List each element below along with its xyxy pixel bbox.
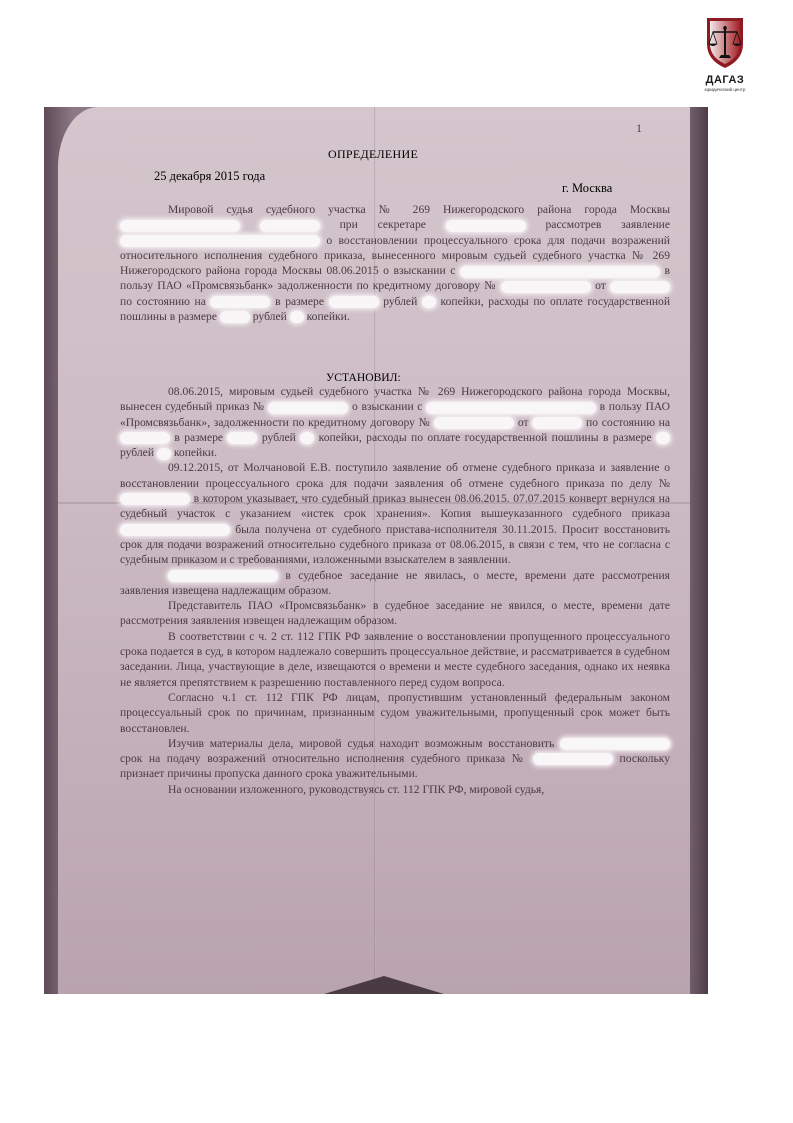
redacted-amount bbox=[220, 311, 250, 323]
redacted-amount bbox=[300, 432, 314, 444]
paper-sheet: 1 ОПРЕДЕЛЕНИЕ 25 декабря 2015 года г. Мо… bbox=[58, 107, 690, 994]
article-112-part-1-paragraph: Согласно ч.1 ст. 112 ГПК РФ лицам, пропу… bbox=[120, 690, 670, 736]
redacted-contract-number bbox=[501, 281, 591, 293]
redacted-date bbox=[120, 432, 170, 444]
redacted-contract-number bbox=[434, 417, 514, 429]
redacted-amount bbox=[227, 432, 257, 444]
article-112-part-2-paragraph: В соответствии с ч. 2 ст. 112 ГПК РФ зая… bbox=[120, 629, 670, 690]
redacted-applicant bbox=[168, 570, 278, 582]
redacted-debtor bbox=[460, 266, 660, 278]
intro-paragraph: Мировой судья судебного участка № 269 Ни… bbox=[120, 202, 670, 324]
scales-of-justice-shield-icon bbox=[703, 14, 747, 70]
redacted-date bbox=[532, 417, 582, 429]
document-city: г. Москва bbox=[562, 181, 612, 196]
redacted-name bbox=[260, 220, 320, 232]
redacted-order-number bbox=[120, 524, 230, 536]
logo-subtitle: юридический центр bbox=[689, 87, 761, 92]
redacted-date bbox=[210, 296, 270, 308]
page-number: 1 bbox=[636, 121, 642, 136]
redacted-amount bbox=[656, 432, 670, 444]
conclusion-paragraph: На основании изложенного, руководствуясь… bbox=[120, 782, 670, 797]
document-photo: 1 ОПРЕДЕЛЕНИЕ 25 декабря 2015 года г. Мо… bbox=[44, 107, 708, 994]
redacted-case-number bbox=[120, 493, 190, 505]
redacted-amount bbox=[329, 296, 379, 308]
redacted-applicant bbox=[120, 235, 320, 247]
redacted-secretary bbox=[446, 220, 526, 232]
redacted-amount bbox=[157, 448, 171, 460]
redacted-date bbox=[610, 281, 670, 293]
section-title-established: УСТАНОВИЛ: bbox=[326, 371, 401, 384]
redacted-amount bbox=[290, 311, 304, 323]
document-title: ОПРЕДЕЛЕНИЕ bbox=[328, 147, 418, 162]
dagaz-logo: ДАГАЗ юридический центр bbox=[695, 14, 755, 96]
desk-background bbox=[324, 976, 444, 994]
logo-title: ДАГАЗ bbox=[695, 74, 755, 86]
redacted-amount bbox=[422, 296, 436, 308]
redacted-order-number bbox=[268, 402, 348, 414]
redacted-name bbox=[120, 220, 240, 232]
redacted-debtor bbox=[426, 402, 596, 414]
document-date: 25 декабря 2015 года bbox=[154, 169, 265, 184]
established-paragraphs: 08.06.2015, мировым судьей судебного уча… bbox=[120, 384, 670, 797]
redacted-order-number bbox=[533, 753, 613, 765]
redacted-applicant bbox=[560, 738, 670, 750]
bank-representative-paragraph: Представитель ПАО «Промсвязьбанк» в суде… bbox=[120, 598, 670, 629]
